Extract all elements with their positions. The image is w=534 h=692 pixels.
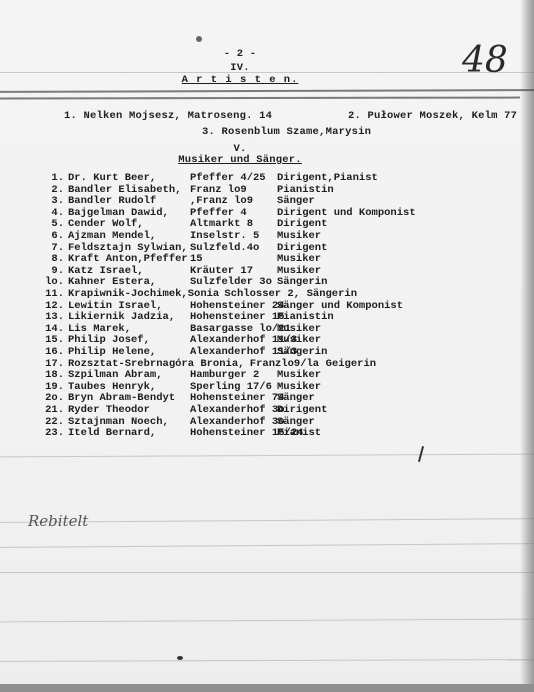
page-marker: - 2 - <box>0 48 480 60</box>
row-number: 1. <box>40 172 64 184</box>
musician-name: Iteld Bernard, <box>68 427 156 439</box>
row-number: 21. <box>40 404 64 416</box>
row-number: 23. <box>40 427 64 439</box>
musician-role: Sängerin <box>277 346 327 358</box>
musician-role: Pianistin <box>277 311 334 323</box>
musician-role: Musiker <box>277 265 321 277</box>
row-number: 12. <box>40 300 64 312</box>
row-number: 7. <box>40 242 64 254</box>
musician-name: Philip Helene, <box>68 346 156 358</box>
musician-address: Franz lo9 <box>190 184 247 196</box>
musician-address: Franzlo9/la <box>250 358 319 370</box>
musician-role: Dirigent <box>277 242 327 254</box>
musician-role: Musiker <box>277 253 321 265</box>
row-number: 22. <box>40 416 64 428</box>
musician-address: Hohensteiner 15 <box>190 311 285 323</box>
row-number: 2o. <box>40 392 64 404</box>
musician-address: Sperling 17/6 <box>190 381 272 393</box>
row-number: lo. <box>40 276 64 288</box>
musician-address: Pfeffer 4/25 <box>190 172 266 184</box>
musician-address: Alexanderhof 3o <box>190 404 285 416</box>
musician-name: Bandler Rudolf <box>68 195 156 207</box>
musician-address: Hohensteiner 24 <box>190 300 285 312</box>
musician-name: Kraft Anton,Pfeffer <box>68 253 188 265</box>
musician-address: Sulzfeld.4o <box>190 242 259 254</box>
row-number: 4. <box>40 207 64 219</box>
musician-name: Kahner Estera, <box>68 276 156 288</box>
row-number: 13. <box>40 311 64 323</box>
row-number: 11. <box>40 288 64 300</box>
musician-name: Ajzman Mendel, <box>68 230 156 242</box>
musician-role: Musiker <box>277 323 321 335</box>
row-number: 3. <box>40 195 64 207</box>
musician-name: Lewitin Israel, <box>68 300 163 312</box>
row-number: 2. <box>40 184 64 196</box>
musician-role: Pianist <box>277 427 321 439</box>
musician-name: Ryder Theodor <box>68 404 150 416</box>
musician-role: Sänger <box>277 392 315 404</box>
scan-edge-right <box>520 0 534 692</box>
row-number: 14. <box>40 323 64 335</box>
musician-address: Pfeffer 4 <box>190 207 247 219</box>
row-number: 17. <box>40 358 64 370</box>
musician-name: Dr. Kurt Beer, <box>68 172 156 184</box>
musician-address: Alexanderhof 3o <box>190 416 285 428</box>
musician-name: Taubes Henryk, <box>68 381 156 393</box>
musician-address: 15 <box>190 253 203 265</box>
section-v-title: Musiker und Sänger. <box>0 154 480 166</box>
musician-address: Hohensteiner 74 <box>190 392 285 404</box>
musician-address: Hamburger 2 <box>190 369 259 381</box>
musician-role: Musiker <box>277 381 321 393</box>
folio-number-handwritten: 48 <box>462 40 508 81</box>
musician-role: Musiker <box>277 369 321 381</box>
musician-role: Sängerin <box>277 276 327 288</box>
musician-name: Philip Josef, <box>68 334 150 346</box>
musician-address: Altmarkt 8 <box>190 218 253 230</box>
musician-address: Sulzfelder 3o <box>190 276 272 288</box>
musician-role: Dirigent <box>277 404 327 416</box>
handwritten-signature: Rebitelt <box>28 512 88 530</box>
musician-address: ,Franz lo9 <box>190 195 253 207</box>
musician-name: Katz Israel, <box>68 265 144 277</box>
musician-role: Dirigent <box>277 218 327 230</box>
musician-role: Sänger <box>277 195 315 207</box>
row-number: 5. <box>40 218 64 230</box>
scan-edge-bottom <box>0 684 534 692</box>
musician-name: Sztajnman Noech, <box>68 416 169 428</box>
row-number: 6. <box>40 230 64 242</box>
musician-name: Lis Marek, <box>68 323 131 335</box>
row-number: 16. <box>40 346 64 358</box>
musician-name: Szpilman Abram, <box>68 369 163 381</box>
section-iv-numeral: IV. <box>0 62 480 74</box>
musician-name: Krapiwnik-Jochimek,Sonia <box>68 288 219 300</box>
musician-role: Dirigent und Komponist <box>277 207 416 219</box>
row-number: 8. <box>40 253 64 265</box>
musician-name: Likiernik Jadzia, <box>68 311 175 323</box>
musician-name: Bajgelman Dawid, <box>68 207 169 219</box>
musician-address: Basargasse lo/21 <box>190 323 291 335</box>
musician-name: Feldsztajn Sylwian, <box>68 242 188 254</box>
musician-role: Pianistin <box>277 184 334 196</box>
row-number: 19. <box>40 381 64 393</box>
musician-name: Rozsztat-Srebrnagóra Bronia, <box>68 358 244 370</box>
musician-address: Schlosser 2, <box>224 288 300 300</box>
musician-role: Musiker <box>277 334 321 346</box>
musician-address: Inselstr. 5 <box>190 230 259 242</box>
document-page: - 2 - IV. A r t i s t e n. 48 1. Nelken … <box>0 0 534 692</box>
row-number: 9. <box>40 265 64 277</box>
musician-name: Cender Wolf, <box>68 218 144 230</box>
musician-role: Sängerin <box>307 288 357 300</box>
row-number: 15. <box>40 334 64 346</box>
musician-address: Kräuter 17 <box>190 265 253 277</box>
musician-role: Sänger und Komponist <box>277 300 403 312</box>
section-iv-title: A r t i s t e n. <box>0 74 480 86</box>
musician-name: Bryn Abram-Bendyt <box>68 392 175 404</box>
musician-role: Sänger <box>277 416 315 428</box>
musician-role: Geigerin <box>326 358 376 370</box>
musician-role: Musiker <box>277 230 321 242</box>
row-number: 18. <box>40 369 64 381</box>
musician-name: Bandler Elisabeth, <box>68 184 181 196</box>
musician-role: Dirigent,Pianist <box>277 172 378 184</box>
